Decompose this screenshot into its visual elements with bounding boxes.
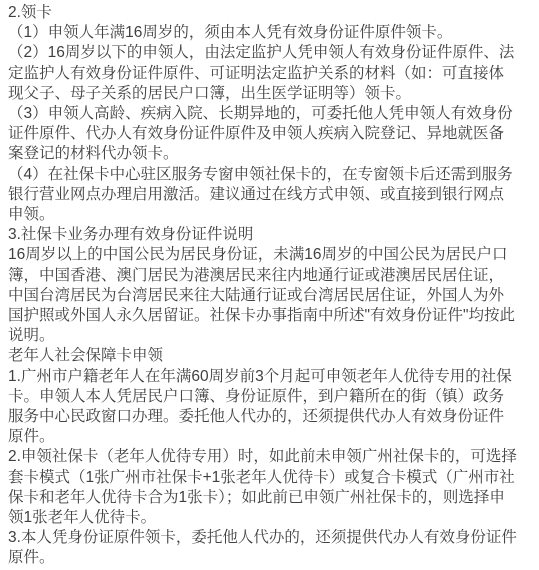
paragraph: 3.本人凭身份证原件领卡，委托他人代办的，还须提供代办人有效身份证件原件。 [8,528,519,568]
paragraph: 2.申领社保卡（老年人优待专用）时，如此前未申领广州社保卡的，可选择套卡模式（1… [8,447,519,528]
section-card-collection: 2.领卡 （1）申领人年满16周岁的，须由本人凭有效身份证件原件领卡。 （2）1… [8,3,519,225]
section-heading: 3.社保卡业务办理有效身份证件说明 [8,225,519,245]
section-heading: 老年人社会保障卡申领 [8,346,519,366]
section-heading: 2.领卡 [8,3,519,23]
document-page: 2.领卡 （1）申领人年满16周岁的，须由本人凭有效身份证件原件领卡。 （2）1… [0,0,539,569]
section-valid-id-explanation: 3.社保卡业务办理有效身份证件说明 16周岁以上的中国公民为居民身份证，未满16… [8,225,519,346]
paragraph: （1）申领人年满16周岁的，须由本人凭有效身份证件原件领卡。 [8,23,519,43]
paragraph: （2）16周岁以下的申领人，由法定监护人凭申领人有效身份证件原件、法定监护人有效… [8,43,519,104]
paragraph: 1.广州市户籍老年人在年满60周岁前3个月起可申领老年人优待专用的社保卡。申领人… [8,367,519,448]
paragraph: （3）申领人高龄、疾病入院、长期异地的，可委托他人凭申领人有效身份证件原件、代办… [8,104,519,165]
paragraph: 16周岁以上的中国公民为居民身份证，未满16周岁的中国公民为居民户口簿，中国香港… [8,245,519,346]
section-senior-card-application: 老年人社会保障卡申领 1.广州市户籍老年人在年满60周岁前3个月起可申领老年人优… [8,346,519,568]
paragraph: （4）在社保卡中心驻区服务专窗申领社保卡的，在专窗领卡后还需到服务银行营业网点办… [8,165,519,226]
